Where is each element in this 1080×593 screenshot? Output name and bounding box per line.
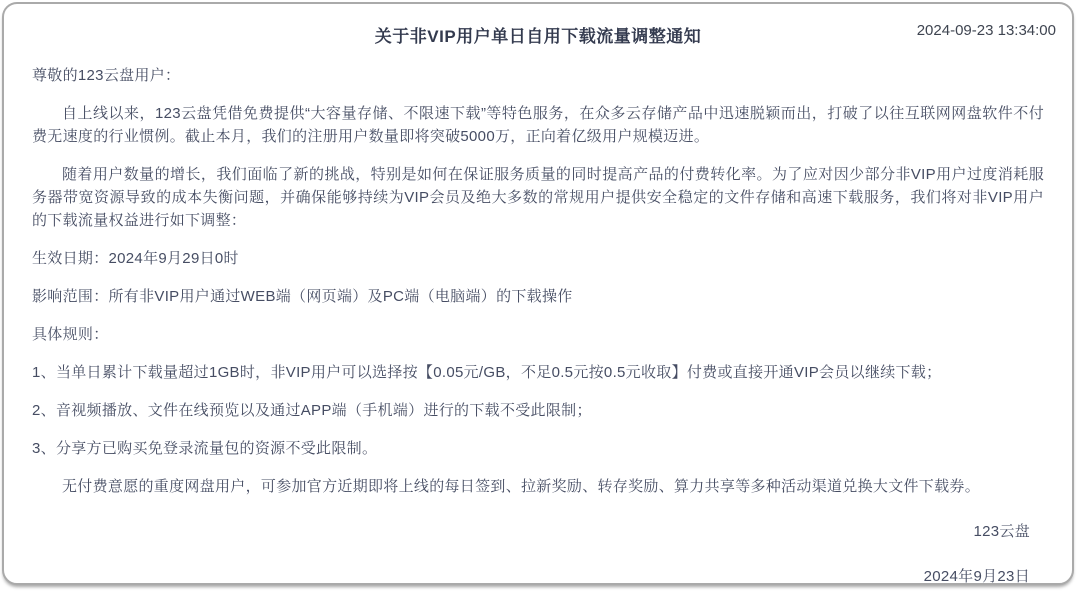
paragraph-intro: 自上线以来，123云盘凭借免费提供“大容量存储、不限速下载”等特色服务，在众多云…	[32, 102, 1044, 148]
signature-date: 2024年9月23日	[32, 565, 1030, 585]
paragraph-challenge: 随着用户数量的增长，我们面临了新的挑战，特别是如何在保证服务质量的同时提高产品的…	[32, 163, 1044, 232]
rule-2: 2、音视频播放、文件在线预览以及通过APP端（手机端）进行的下载不受此限制；	[32, 399, 1044, 422]
scope-line: 影响范围：所有非VIP用户通过WEB端（网页端）及PC端（电脑端）的下载操作	[32, 285, 1044, 308]
notice-header: 关于非VIP用户单日自用下载流量调整通知 2024-09-23 13:34:00	[4, 4, 1072, 52]
notice-signature: 123云盘 2024年9月23日	[4, 520, 1072, 585]
notice-body: 尊敬的123云盘用户： 自上线以来，123云盘凭借免费提供“大容量存储、不限速下…	[4, 64, 1072, 498]
notice-card: 关于非VIP用户单日自用下载流量调整通知 2024-09-23 13:34:00…	[2, 2, 1074, 585]
rule-1: 1、当单日累计下载量超过1GB时，非VIP用户可以选择按【0.05元/GB，不足…	[32, 361, 1044, 384]
notice-timestamp: 2024-09-23 13:34:00	[917, 22, 1056, 39]
salutation: 尊敬的123云盘用户：	[32, 64, 1044, 87]
effective-date-line: 生效日期：2024年9月29日0时	[32, 247, 1044, 270]
rule-3: 3、分享方已购买免登录流量包的资源不受此限制。	[32, 437, 1044, 460]
notice-title: 关于非VIP用户单日自用下载流量调整通知	[4, 22, 1072, 47]
rules-heading: 具体规则：	[32, 323, 1044, 346]
signature-company: 123云盘	[32, 520, 1030, 543]
paragraph-alternative: 无付费意愿的重度网盘用户，可参加官方近期即将上线的每日签到、拉新奖励、转存奖励、…	[32, 475, 1044, 498]
